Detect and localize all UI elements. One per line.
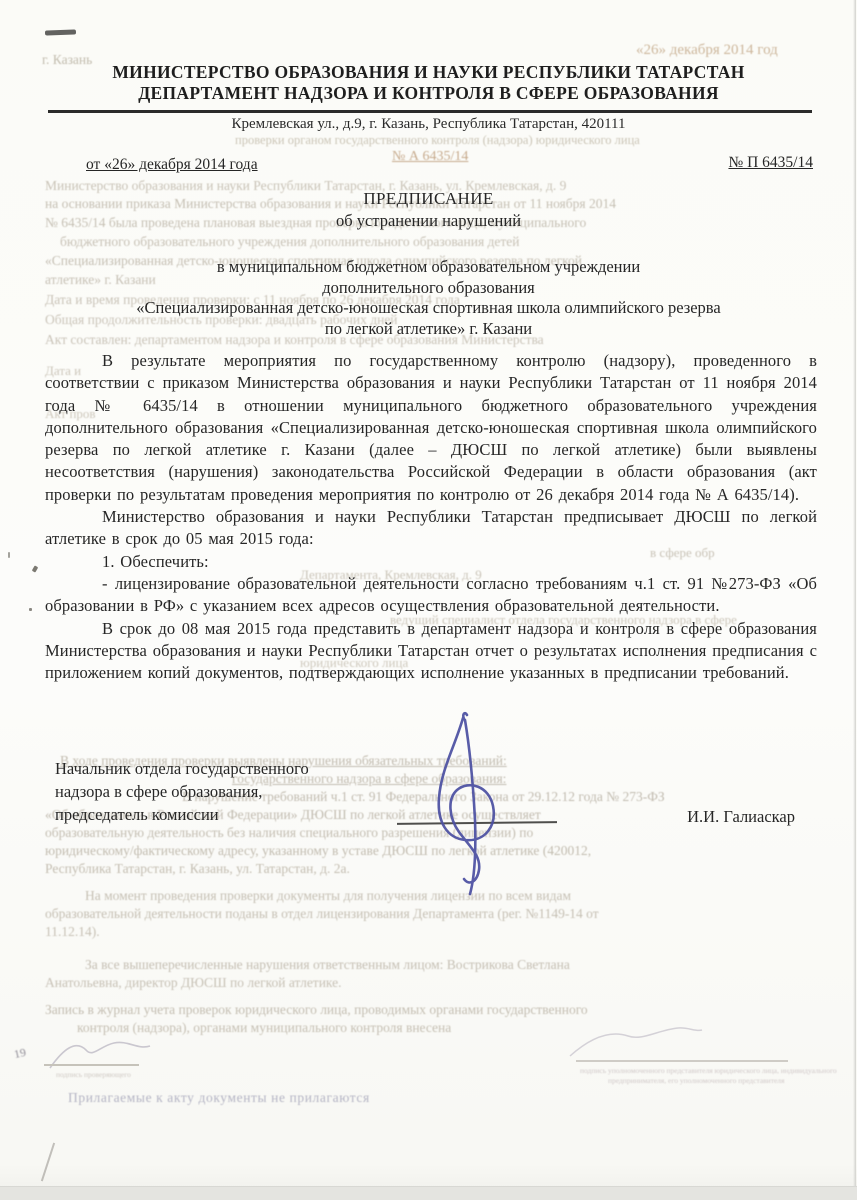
bleedthrough-text: контроля (надзора), органами муниципальн… [77,1020,451,1036]
signer-name: И.И. Галиаскар [687,805,795,828]
bleedthrough-text: образовательной деятельности поданы в от… [45,906,599,922]
bleedthrough-text: № А 6435/14 [392,149,468,165]
institution-line: дополнительного образования [0,278,857,299]
bleedthrough-text: предпринимателя, его уполномоченного пре… [608,1076,785,1085]
signature-ink [413,710,535,902]
bleedthrough-text: 19 [13,1045,28,1062]
scan-speck [29,608,32,611]
bleedthrough-text: проверки органом государственного контро… [235,133,640,148]
paragraph-findings: В результате мероприятия по государствен… [45,350,817,506]
document-title: ПРЕДПИСАНИЕ [0,189,857,209]
bleedthrough-signature-right [566,1024,706,1062]
document-page: г. Казань«26» декабря 2014 годпроверки о… [0,0,857,1200]
scan-speck [8,552,10,558]
bleedthrough-signature-line-right [576,1060,788,1062]
letterhead: МИНИСТЕРСТВО ОБРАЗОВАНИЯ И НАУКИ РЕСПУБЛ… [0,62,857,104]
bleedthrough-text: Республика Татарстан, г. Казань, ул. Тат… [45,861,350,877]
institution-line: по легкой атлетике» г. Казани [0,319,857,340]
letterhead-rule [48,110,812,113]
ministry-name: МИНИСТЕРСТВО ОБРАЗОВАНИЯ И НАУКИ РЕСПУБЛ… [0,62,857,83]
paragraph-report-deadline: В срок до 08 мая 2015 года представить в… [45,618,817,685]
bleedthrough-signature-left [46,1038,156,1074]
institution-line: в муниципальном бюджетном образовательно… [0,257,857,278]
bleedthrough-text: Прилагаемые к акту документы не прилагаю… [68,1090,370,1106]
page-edge-bottom [0,1186,857,1200]
document-date: от «26» декабря 2014 года [86,156,258,174]
paragraph-licensing: - лицензирование образовательной деятель… [45,573,817,618]
bleedthrough-text: бюджетного образовательного учреждения д… [60,234,520,250]
list-item-ensure: 1. Обеспечить: [45,551,817,573]
bleedthrough-text: Запись в журнал учета проверок юридическ… [45,1002,588,1018]
page-edge-right [853,0,856,1200]
document-subtitle: об устранении нарушений [0,211,857,231]
bleedthrough-text: 11.12.14). [45,924,100,940]
bleedthrough-text: подпись уполномоченного представителя юр… [580,1066,837,1075]
document-number: № П 6435/14 [728,154,813,172]
institution-line: «Специализированная детско-юношеская спо… [0,298,857,319]
department-name: ДЕПАРТАМЕНТ НАДЗОРА И КОНТРОЛЯ В СФЕРЕ О… [0,83,857,104]
paragraph-order: Министерство образования и науки Республ… [45,506,817,551]
letterhead-address: Кремлевская ул., д.9, г. Казань, Республ… [0,116,857,133]
document-body: В результате мероприятия по государствен… [45,350,817,684]
institution-block: в муниципальном бюджетном образовательно… [0,257,857,339]
bleedthrough-text: «26» декабря 2014 год [636,42,778,59]
bleedthrough-text: За все вышеперечисленные нарушения ответ… [85,957,570,973]
bleedthrough-signature-line-left [44,1064,139,1066]
bleedthrough-text: Анатольевна, директор ДЮСШ по легкой атл… [45,975,342,991]
